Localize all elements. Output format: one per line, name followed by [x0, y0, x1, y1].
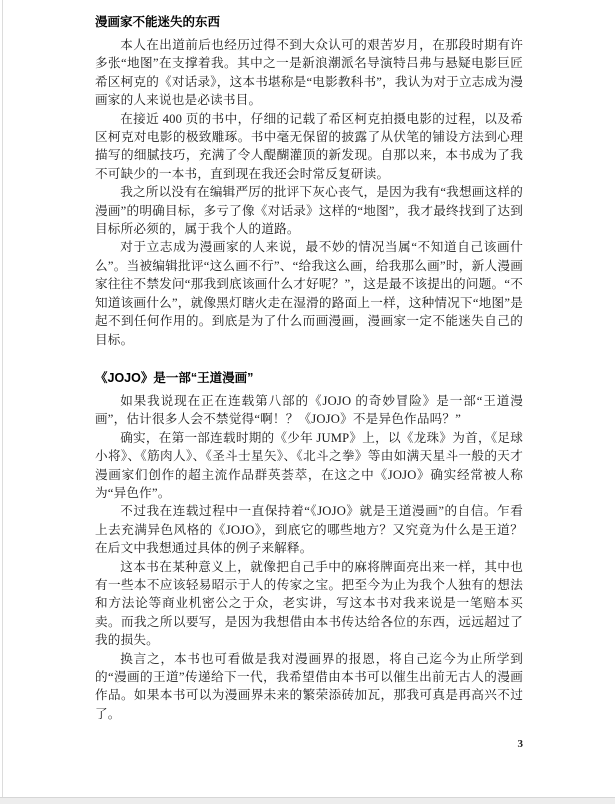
section-heading: 《JOJO》是一部“王道漫画”: [95, 369, 523, 387]
paragraph: 换言之，本书也可看做是我对漫画界的报恩，将自己迄今为止所学到的“漫画的王道”传递…: [95, 650, 523, 724]
paragraph: 确实，在第一部连载时期的《少年 JUMP》上，以《龙珠》为首，《足球小将》、《筋…: [95, 429, 523, 503]
paragraph: 不过我在连载过程中一直保持着“《JOJO》就是王道漫画”的自信。乍看上去充满异色…: [95, 502, 523, 557]
paragraph: 在接近 400 页的书中，仔细的记载了希区柯克拍摄电影的过程，以及希区柯克对电影…: [95, 110, 523, 184]
paragraph: 我之所以没有在编辑严厉的批评下灰心丧气，是因为我有“我想画这样的漫画”的明确目标…: [95, 183, 523, 238]
section-manga-artist-must-not-lose: 漫画家不能迷失的东西 本人在出道前后也经历过得不到大众认可的艰苦岁月，在那段时期…: [95, 13, 523, 349]
paragraph: 对于立志成为漫画家的人来说，最不妙的情况当属“不知道自己该画什么”。当被编辑批评…: [95, 238, 523, 348]
page-content: 漫画家不能迷失的东西 本人在出道前后也经历过得不到大众认可的艰苦岁月，在那段时期…: [95, 13, 523, 723]
paragraph: 这本书在某种意义上，就像把自己手中的麻将牌面亮出来一样，其中也有一些本不应该轻易…: [95, 558, 523, 650]
page-number: 3: [518, 738, 524, 750]
paragraph: 如果我说现在正在连载第八部的《JOJO 的奇妙冒险》是一部“王道漫画”，估计很多…: [95, 392, 523, 429]
page-edge-line: [2, 0, 3, 797]
section-heading: 漫画家不能迷失的东西: [95, 13, 523, 31]
paragraph: 本人在出道前后也经历过得不到大众认可的艰苦岁月，在那段时期有许多张“地图”在支撑…: [95, 36, 523, 110]
section-jojo-royal-road-manga: 《JOJO》是一部“王道漫画” 如果我说现在正在连载第八部的《JOJO 的奇妙冒…: [95, 369, 523, 723]
document-page: 漫画家不能迷失的东西 本人在出道前后也经历过得不到大众认可的艰苦岁月，在那段时期…: [0, 0, 615, 804]
viewer-background-strip: [0, 797, 615, 804]
